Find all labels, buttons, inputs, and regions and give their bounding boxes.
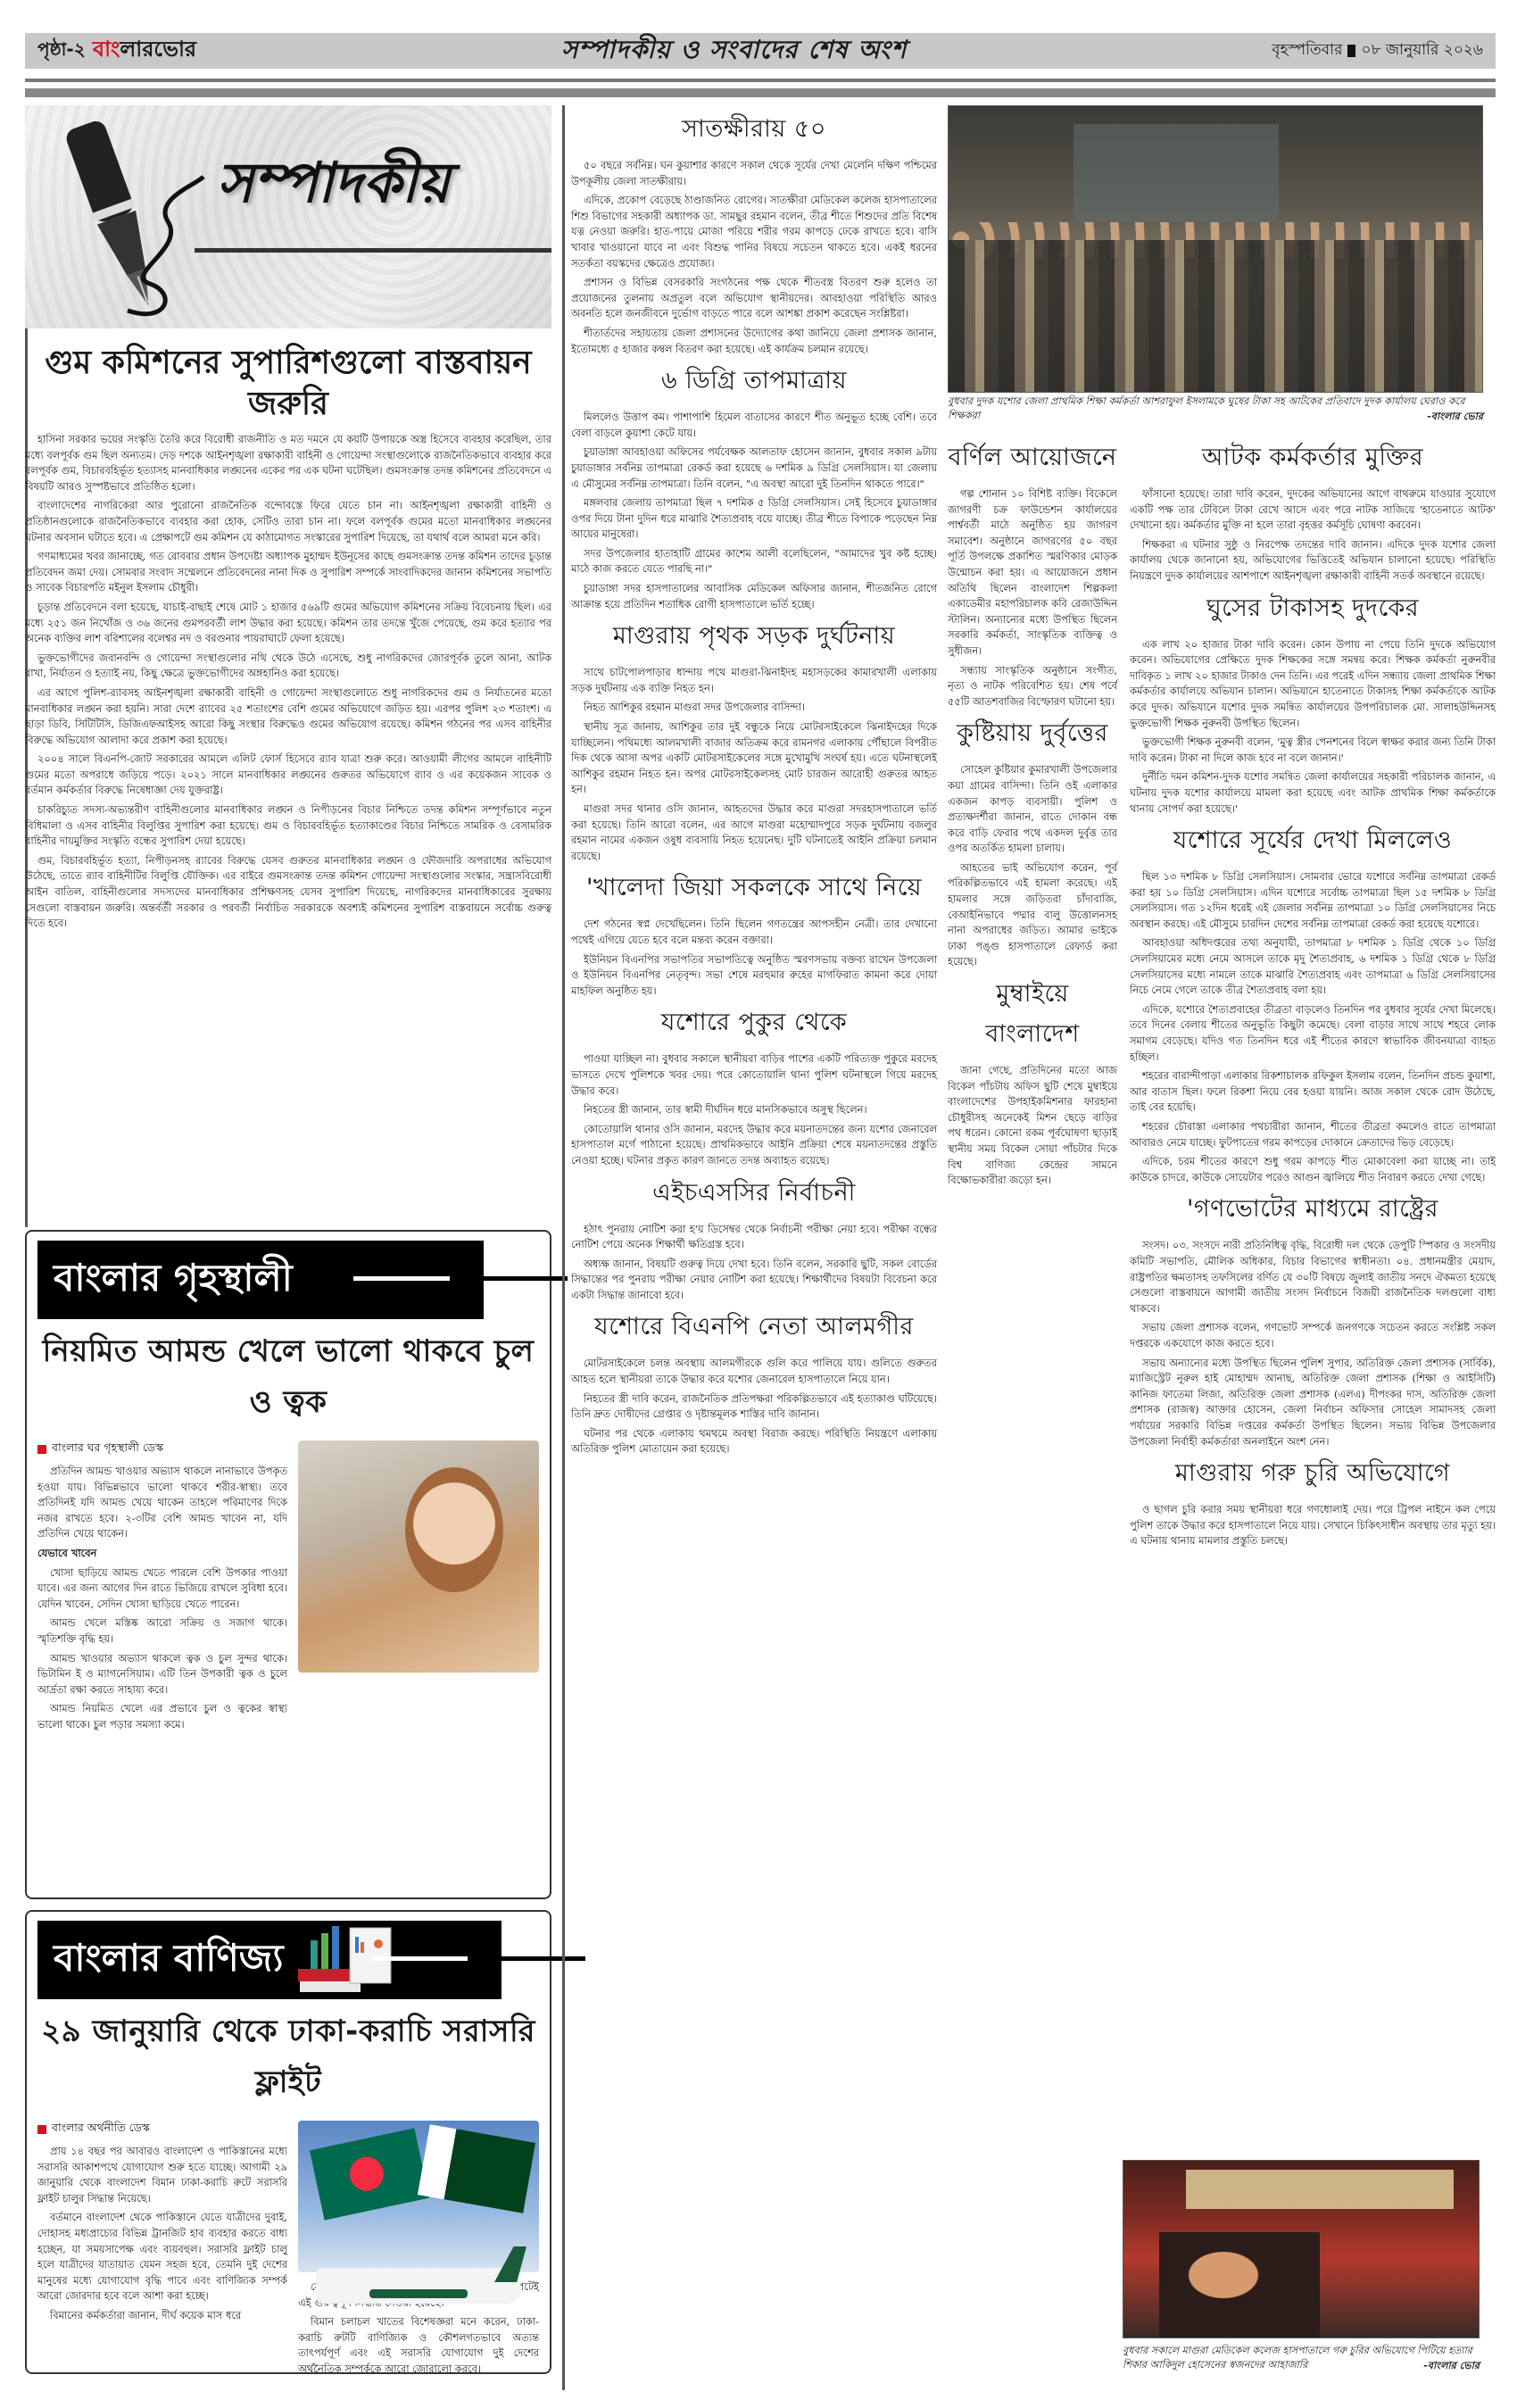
paragraph: ভুক্তভোগীদের জবানবন্দি ও গোয়েন্দা সংস্থ… bbox=[25, 651, 551, 682]
issue-date: বৃহস্পতিবার ০৮ জানুয়ারি ২০২৬ bbox=[1272, 38, 1483, 63]
section-label: বাংলার বাণিজ্য bbox=[54, 1929, 284, 1992]
section-header-bar: বাংলার বাণিজ্য bbox=[37, 1921, 502, 1999]
paragraph: ভুক্তভোগী শিক্ষক নুরুনবী বলেন, 'মুত্ব স্… bbox=[1130, 735, 1496, 766]
teachers-protest-photo bbox=[948, 105, 1483, 393]
story-headline[interactable]: যশোরে সূর্যের দেখা মিললেও bbox=[1130, 822, 1496, 862]
story-headline[interactable]: ঘুসের টাকাসহ দুদকের bbox=[1130, 590, 1496, 630]
face-shape bbox=[405, 1467, 503, 1592]
caption-text: বুধবার সকালে মাগুরা মেডিকেল কলেজ হাসপাতা… bbox=[1123, 2345, 1472, 2371]
paragraph: গণমাধ্যমের খবর জানাচ্ছে, গত রোববার প্রধা… bbox=[25, 549, 551, 596]
household-photo-column bbox=[298, 1441, 539, 1737]
date: ০৮ জানুয়ারি ২০২৬ bbox=[1361, 38, 1483, 63]
paragraph: ও ছাগল চুরি করার সময় স্থানীয়রা ধরে গণধ… bbox=[1130, 1502, 1496, 1549]
paragraph: বিমান চলাচল খাতের বিশেষজ্ঞরা মনে করেন, ঢ… bbox=[298, 2314, 539, 2377]
paragraph: শহরের বারান্দীপাড়া এলাকার রিকশাচালক রফি… bbox=[1130, 1068, 1496, 1116]
section-header-bar: বাংলার গৃহস্থালী bbox=[37, 1241, 484, 1319]
paragraph: নিহত আশিকুর রহমান মাগুরা সদর উপজেলার বাস… bbox=[571, 700, 937, 716]
commerce-body-left: বাংলার অর্থনীতি ডেস্ক প্রায় ১৪ বছর পর আ… bbox=[37, 2121, 287, 2381]
crowd-bodies bbox=[949, 240, 1482, 392]
header-dash bbox=[371, 1956, 585, 1961]
paragraph: সদর উপজেলার হাতাহাটি গ্রামের কাশেম আলী ব… bbox=[571, 546, 937, 577]
desk-byline: বাংলার ঘর গৃহস্থালী ডেস্ক bbox=[37, 1441, 287, 1458]
masthead-rule bbox=[25, 79, 1496, 82]
editorial-banner: সম্পাদকীয় bbox=[25, 105, 551, 328]
pakistan-flag bbox=[418, 2124, 535, 2213]
story-headline[interactable]: মাগুরায় গরু চুরি অভিযোগে bbox=[1130, 1455, 1496, 1495]
paragraph: শিক্ষকরা এ ঘটনার সুষ্ঠু ও নিরপেক্ষ তদন্ত… bbox=[1130, 537, 1496, 585]
paragraph: ইউনিয়ন বিএনপির সভাপতির সভাপতিত্বে অনুষ্… bbox=[571, 952, 937, 1000]
story-jessore-pond: যশোরে পুকুর থেকে পাওয়া যাচ্ছিল না। বুধব… bbox=[571, 1004, 937, 1168]
page-number: পৃষ্ঠা-২ bbox=[37, 37, 86, 66]
paragraph: এর আগে পুলিশ-র‍্যাবসহ আইনশৃঙ্খলা রক্ষাকা… bbox=[25, 685, 551, 748]
paragraph: প্রশাসন ও বিভিন্ন বেসরকারি সংগঠনের পক্ষ … bbox=[571, 275, 937, 322]
story-khaleda-zia: 'খালেদা জিয়া সকলকে সাথে নিয়ে দেশ গঠনের… bbox=[571, 869, 937, 999]
paragraph: শহরের চৌরাস্তা এলাকার পথচারীরা জানান, শী… bbox=[1130, 1119, 1496, 1150]
paragraph: শীতার্তদের সহায়তায় জেলা প্রশাসনের উদ্য… bbox=[571, 326, 937, 357]
paragraph: আবহাওয়া অধিদপ্তরের তথ্য অনুযায়ী, তাপমা… bbox=[1130, 935, 1496, 998]
paragraph: হঠাৎ পুনরায় নোটিশ করা হ'য় ডিসেম্বর থেক… bbox=[571, 1222, 937, 1253]
narrow-stories: বর্ণিল আয়োজনে গল্প শোনান ১০ বিশিষ্ট ব্য… bbox=[948, 434, 1117, 1553]
paragraph: হাসিনা সরকার ভয়ের সংস্কৃতি তৈরি করে বির… bbox=[25, 432, 551, 494]
paragraph: আমন্ড খেলে মস্তিষ্ক আরো সক্রিয় ও সজাগ থ… bbox=[37, 1615, 287, 1647]
paragraph: মোটরসাইকেলে চলন্ত অবস্থায় আলমগীরকে গুলি… bbox=[571, 1356, 937, 1387]
paragraph: ফাঁসানো হয়েছে। তারা দাবি করেন, দুদকের অ… bbox=[1130, 486, 1496, 534]
paragraph: মাগুরা সদর থানার ওসি জানান, আহতদের উদ্ধা… bbox=[571, 801, 937, 864]
paragraph: গল্প শোনান ১০ বিশিষ্ট ব্যক্তি। বিকেলে জা… bbox=[948, 486, 1117, 660]
paragraph: চুয়াডাঙ্গা সদর হাসপাতালের আবাসিক মেডিকে… bbox=[571, 581, 937, 612]
editorial-column: সম্পাদকীয় গুম কমিশনের সুপারিশগুলো বাস্ত… bbox=[25, 105, 551, 935]
header-dash bbox=[353, 1276, 568, 1281]
fountain-pen-icon bbox=[43, 114, 221, 328]
masthead: পৃষ্ঠা-২ বাংলারভোর সম্পাদকীয় ও সংবাদের … bbox=[25, 33, 1496, 69]
hospital-sign bbox=[1186, 2170, 1454, 2209]
story-hsc-test: এইচএসসির নির্বাচনী হঠাৎ পুনরায় নোটিশ কর… bbox=[571, 1175, 937, 1304]
woman-eating-almond-photo bbox=[298, 1441, 539, 1673]
story-mumbai-bangladesh: মুম্বাইয়ে বাংলাদেশ জানা গেছে, প্রতিদিনে… bbox=[948, 976, 1117, 1189]
middle-column: সাতক্ষীরায় ৫০ ৫০ বছরে সর্বনিম্ন। ঘন কুয… bbox=[571, 105, 937, 1461]
story-headline[interactable]: 'গণভোটের মাধ্যমে রাষ্ট্রের bbox=[1130, 1191, 1496, 1231]
story-bnp-alamgir: যশোরে বিএনপি নেতা আলমগীর মোটরসাইকেলে চলন… bbox=[571, 1308, 937, 1457]
red-square-icon bbox=[37, 1445, 46, 1454]
paragraph: চাকরিচ্যুত সদস্য-অভ্যন্তরীণ বাহিনীগুলোর … bbox=[25, 802, 551, 850]
wide-stories: আটক কর্মকর্তার মুক্তির ফাঁসানো হয়েছে। ত… bbox=[1130, 434, 1496, 1553]
photo-credit: -বাংলার ভোর bbox=[1423, 2358, 1480, 2372]
story-officer-release: আটক কর্মকর্তার মুক্তির ফাঁসানো হয়েছে। ত… bbox=[1130, 439, 1496, 585]
newspaper-logo[interactable]: বাংলারভোর bbox=[93, 33, 196, 69]
photo-credit: -বাংলার ভোর bbox=[1427, 409, 1483, 423]
commerce-section: বাংলার বাণিজ্য ২৯ জানুয়ারি থেকে ঢাকা-কর… bbox=[25, 1910, 551, 2374]
weekday: বৃহস্পতিবার bbox=[1272, 38, 1342, 63]
commerce-body-right: যোগাযোগ ও পারস্পরিক সহযোগিতা বৃদ্ধির প্র… bbox=[298, 2121, 539, 2381]
paragraph: সংসদ। ০৩. সংসদে নারী প্রতিনিধিত্ব বৃদ্ধি… bbox=[1130, 1238, 1496, 1316]
paragraph: এদিকে, চরম শীতের কারণে শুধু গরম কাপড়ে শ… bbox=[1130, 1154, 1496, 1185]
paragraph: কোতোয়ালি থানার ওসি জানান, মরদেহ উদ্ধার … bbox=[571, 1122, 937, 1169]
story-satkhira: সাতক্ষীরায় ৫০ ৫০ বছরে সর্বনিম্ন। ঘন কুয… bbox=[571, 111, 937, 357]
story-magura-cattle-theft: মাগুরায় গরু চুরি অভিযোগে ও ছাগল চুরি কর… bbox=[1130, 1455, 1496, 1549]
paragraph: এদিকে, যশোরে শৈত্যপ্রবাহের তীব্রতা বাড়ল… bbox=[1130, 1002, 1496, 1065]
separator-square-icon bbox=[1347, 45, 1355, 57]
story-referendum: 'গণভোটের মাধ্যমে রাষ্ট্রের সংসদ। ০৩. সংস… bbox=[1130, 1191, 1496, 1449]
section-title: সম্পাদকীয় ও সংবাদের শেষ অংশ bbox=[561, 30, 907, 72]
story-headline[interactable]: যশোরে বিএনপি নেতা আলমগীর bbox=[571, 1308, 937, 1349]
editorial-body: হাসিনা সরকার ভয়ের সংস্কৃতি তৈরি করে বির… bbox=[25, 432, 551, 932]
paragraph: সভায় অন্যান্যের মধ্যে উপস্থিত ছিলেন পুল… bbox=[1130, 1356, 1496, 1450]
story-bribe-acc: ঘুসের টাকাসহ দুদকের এক লাখ ২০ হাজার টাকা… bbox=[1130, 590, 1496, 818]
paragraph: অধ্যক্ষ জানান, বিষয়টি গুরুত্ব দিয়ে দেখ… bbox=[571, 1257, 937, 1304]
story-headline[interactable]: আটক কর্মকর্তার মুক্তির bbox=[1130, 439, 1496, 479]
paragraph: দুর্নীতি দমন কমিশন-দুদক যশোর সমন্বিত জেল… bbox=[1130, 769, 1496, 817]
paragraph: দেশ গঠনের স্বপ্ন দেখেছিলেন। তিনি ছিলেন গ… bbox=[571, 917, 937, 948]
logo-red-part: বাং bbox=[93, 37, 120, 62]
household-body: বাংলার ঘর গৃহস্থালী ডেস্ক প্রতিদিন আমন্ড… bbox=[37, 1441, 287, 1737]
paragraph: ঘটনার পর থেকে এলাকায় থমথমে অবস্থা বিরাজ… bbox=[571, 1426, 937, 1457]
paragraph: সভায় জেলা প্রশাসক বলেন, গণভোট সম্পর্কে … bbox=[1130, 1320, 1496, 1351]
red-square-icon bbox=[37, 2125, 46, 2134]
story-headline[interactable]: কুষ্টিয়ায় দুর্বৃত্তের bbox=[948, 715, 1117, 755]
paragraph: গুম, বিচারবহির্ভূত হত্যা, নিপীড়নসহ র‍্য… bbox=[25, 853, 551, 932]
caption-text: বুধবার দুদক যশোর জেলা প্রাথমিক শিক্ষা কর… bbox=[948, 395, 1465, 421]
paragraph: নিহতের স্ত্রী দাবি করেন, রাজনৈতিক প্রতিপ… bbox=[571, 1391, 937, 1423]
vehicle-shape bbox=[1074, 124, 1279, 222]
editorial-headline[interactable]: গুম কমিশনের সুপারিশগুলো বাস্তবায়ন জরুরি bbox=[25, 343, 551, 425]
story-headline[interactable]: ৬ ডিগ্রি তাপমাত্রায় bbox=[571, 362, 937, 403]
story-headline[interactable]: মাগুরায় পৃথক সড়ক দুর্ঘটনায় bbox=[571, 618, 937, 658]
hospital-grief-photo bbox=[1123, 2160, 1480, 2338]
right-column: বর্ণিল আয়োজনে গল্প শোনান ১০ বিশিষ্ট ব্য… bbox=[948, 434, 1496, 1553]
paragraph: এক লাখ ২০ হাজার টাকা দাবি করেন। কোন উপায… bbox=[1130, 637, 1496, 732]
story-headline[interactable]: 'খালেদা জিয়া সকলকে সাথে নিয়ে bbox=[571, 869, 937, 909]
paragraph: আমন্ড নিয়মিত খেলে এর প্রভাবে চুল ও ত্বক… bbox=[37, 1701, 287, 1732]
story-magura-accident: মাগুরায় পৃথক সড়ক দুর্ঘটনায় সাথে চাটপো… bbox=[571, 618, 937, 864]
household-section: বাংলার গৃহস্থালী নিয়মিত আমন্ড খেলে ভালো… bbox=[25, 1230, 551, 1899]
desk-name: বাংলার অর্থনীতি ডেস্ক bbox=[52, 2121, 150, 2138]
paragraph: ২০০৪ সালে বিএনপি-জোট সরকারের আমলে এলিট ফ… bbox=[25, 751, 551, 799]
paragraph: মিললেও উত্তাপ কম। পাশাপাশি হিমেল বাতাসের… bbox=[571, 410, 937, 441]
story-kushtia-attack: কুষ্টিয়ায় দুর্বৃত্তের সোহেল কুষ্টিয়ার… bbox=[948, 715, 1117, 970]
paragraph: সন্ধ্যায় সাংস্কৃতিক অনুষ্ঠানে সংগীত, নৃ… bbox=[948, 663, 1117, 710]
paragraph: ৫০ বছরে সর্বনিম্ন। ঘন কুয়াশার কারণে সকা… bbox=[571, 158, 937, 189]
section-label: বাংলার গৃহস্থালী bbox=[54, 1249, 293, 1312]
bangladesh-flag bbox=[310, 2128, 429, 2220]
paragraph: নিহতের স্ত্রী জানান, তার স্বামী দীর্ঘদিন… bbox=[571, 1102, 937, 1118]
paragraph: বাংলাদেশের নাগরিকেরা আর পুরোনো রাজনৈতিক … bbox=[25, 498, 551, 545]
story-jessore-sun: যশোরে সূর্যের দেখা মিললেও ছিল ১৩ দশমিক ৮… bbox=[1130, 822, 1496, 1185]
editorial-banner-title: সম্পাদকীয় bbox=[217, 141, 450, 233]
flags-airplane-photo bbox=[298, 2121, 539, 2272]
paragraph: জানা গেছে, প্রতিদিনের মতো আজ বিকেল পাঁচট… bbox=[948, 1063, 1117, 1189]
paragraph: চূড়ান্ত প্রতিবেদনে বলা হয়েছে, যাচাই-বা… bbox=[25, 600, 551, 647]
logo-rest-part: লারভোর bbox=[120, 37, 196, 62]
paragraph: আহতের ভাই অভিযোগ করেন, পূর্ব পরিকল্পিতভা… bbox=[948, 860, 1117, 970]
story-headline[interactable]: বর্ণিল আয়োজনে bbox=[948, 439, 1117, 479]
household-headline[interactable]: নিয়মিত আমন্ড খেলে ভালো থাকবে চুল ও ত্বক bbox=[37, 1328, 539, 1430]
paragraph: সাথে চাটপোলপাড়ার ধান্দায় পথে মাগুরা-ঝি… bbox=[571, 665, 937, 696]
paragraph: এদিকে, প্রকোপ বেড়েছে ঠাণ্ডাজনিত রোগের। … bbox=[571, 193, 937, 271]
paragraph: খোসা ছাড়িয়ে আমন্ড খেতে পারলে বেশি উপকা… bbox=[37, 1565, 287, 1613]
paragraph: বিমানের কর্মকর্তারা জানান, দীর্ঘ কয়েক ম… bbox=[37, 2308, 287, 2324]
paragraph: পাওয়া যাচ্ছিল না। বুধবার সকালে স্থানীয়… bbox=[571, 1051, 937, 1099]
paragraph: আমন্ড খাওয়ার অভ্যাস থাকলে ত্বক ও চুল সু… bbox=[37, 1651, 287, 1698]
desk-byline: বাংলার অর্থনীতি ডেস্ক bbox=[37, 2121, 287, 2138]
paragraph: স্থানীয় সূত্র জানায়, আশিকুর তার দুই বন… bbox=[571, 719, 937, 798]
commerce-headline[interactable]: ২৯ জানুয়ারি থেকে ঢাকা-করাচি সরাসরি ফ্লা… bbox=[37, 2008, 539, 2110]
paragraph: বর্তমানে বাংলাদেশ থেকে পাকিস্তানে যেতে য… bbox=[37, 2210, 287, 2304]
story-colorful-event: বর্ণিল আয়োজনে গল্প শোনান ১০ বিশিষ্ট ব্য… bbox=[948, 439, 1117, 710]
photo-caption: বুধবার দুদক যশোর জেলা প্রাথমিক শিক্ষা কর… bbox=[948, 394, 1483, 423]
paragraph: প্রায় ১৪ বছর পর আবারও বাংলাদেশ ও পাকিস্… bbox=[37, 2144, 287, 2206]
grieving-figure bbox=[1159, 2232, 1320, 2338]
story-6-degree: ৬ ডিগ্রি তাপমাত্রায় মিললেও উত্তাপ কম। প… bbox=[571, 362, 937, 612]
airplane-shape bbox=[316, 2268, 521, 2304]
bottom-photo-caption: বুধবার সকালে মাগুরা মেডিকেল কলেজ হাসপাতা… bbox=[1123, 2344, 1480, 2372]
column-rule bbox=[562, 105, 565, 2390]
story-headline[interactable]: যশোরে পুকুর থেকে bbox=[571, 1004, 937, 1044]
story-headline[interactable]: সাতক্ষীরায় ৫০ bbox=[571, 111, 937, 151]
paragraph: চুয়াডাঙ্গা আবহাওয়া অফিসের পর্যবেক্ষক আ… bbox=[571, 444, 937, 492]
story-headline[interactable]: মুম্বাইয়ে বাংলাদেশ bbox=[948, 976, 1117, 1056]
paragraph: প্রতিদিন আমন্ড খাওয়ার অভ্যাস থাকলে নানা… bbox=[37, 1464, 287, 1542]
story-headline[interactable]: এইচএসসির নির্বাচনী bbox=[571, 1175, 937, 1215]
masthead-rule-thick bbox=[25, 88, 1496, 97]
desk-name: বাংলার ঘর গৃহস্থালী ডেস্ক bbox=[52, 1441, 163, 1458]
paragraph: মঙ্গলবার জেলায় তাপমাত্রা ছিল ৭ দশমিক ৫ … bbox=[571, 495, 937, 543]
banner-underline bbox=[195, 248, 551, 253]
paragraph: ছিল ১৩ দশমিক ৮ ডিগ্রি সেলসিয়াস। সোমবার … bbox=[1130, 869, 1496, 932]
subheading: যেভাবে খাবেন bbox=[37, 1546, 287, 1562]
paragraph: সোহেল কুষ্টিয়ার কুমারখালী উপজেলার কয়া … bbox=[948, 762, 1117, 857]
